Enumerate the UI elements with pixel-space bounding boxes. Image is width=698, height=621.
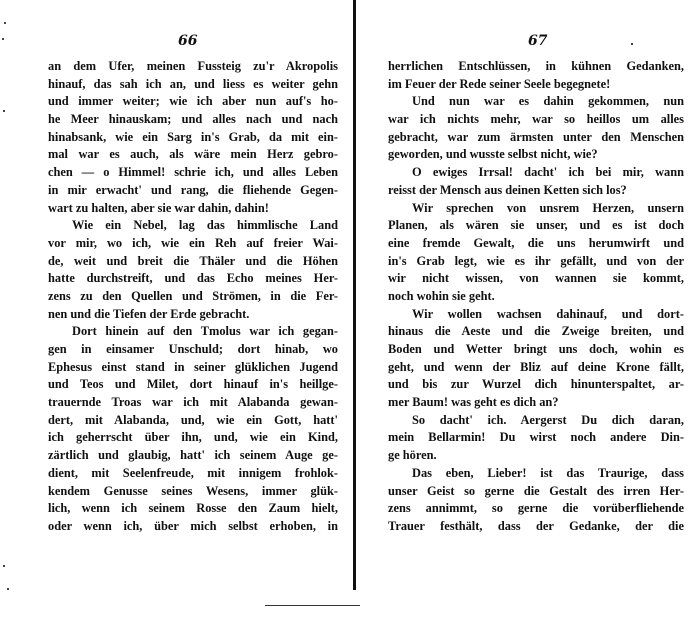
text-line: O ewiges Irrsal! dacht' ich bei mir, wan…	[388, 164, 684, 182]
text-line: Wir wollen wachsen dahinauf, und dort-	[388, 306, 684, 324]
text-line: in mir erwacht' und rang, die fliehende …	[48, 182, 338, 200]
text-line: he Meer hinauskam; und alles nach und na…	[48, 111, 338, 129]
text-line: in's Grab legt, wie es ihr gefällt, und …	[388, 253, 684, 271]
text-line: gebracht, war zum ärmsten unter den Mens…	[388, 129, 684, 147]
text-line: an dem Ufer, meinen Fussteig zu'r Akropo…	[48, 58, 338, 76]
scan-speck	[3, 565, 5, 567]
text-line: nen und die Tiefen der Erde gebracht.	[48, 306, 338, 324]
text-line: Boden und Wetter bringt uns doch, wohin …	[388, 341, 684, 359]
text-line: ich geherrscht über ihn, und, wie ein Ki…	[48, 429, 338, 447]
text-line: hinabsank, wie ein Sarg in's Grab, da mi…	[48, 129, 338, 147]
text-line: oder wenn ich, über mich selbst erhoben,…	[48, 518, 338, 536]
text-line: und bis zur Wurzel dich hinunterspaltet,…	[388, 376, 684, 394]
text-line: ge hören.	[388, 447, 684, 465]
text-line: hinauf, das sah ich an, und liess es wei…	[48, 76, 338, 94]
text-line: gen in einsamer Unschuld; dort hinab, wo	[48, 341, 338, 359]
text-line: mal war es auch, als wäre mein Herz gebr…	[48, 146, 338, 164]
text-line: mein Bellarmin! Du wirst noch andere Din…	[388, 429, 684, 447]
text-line: wir nicht wissen, von wannen sie kommt,	[388, 270, 684, 288]
text-line: noch wohin sie geht.	[388, 288, 684, 306]
text-line: hatte durchstreift, und das Echo meines …	[48, 270, 338, 288]
right-page: 67 herrlichen Entschlüssen, in kühnen Ge…	[356, 0, 698, 621]
text-line: geworden, und wusste selbst nicht, wie?	[388, 146, 684, 164]
text-line: trauernde Troas war ich mit Alabanda gew…	[48, 394, 338, 412]
text-line: und immer weiter; wie ich aber nun auf's…	[48, 93, 338, 111]
text-line: Wir sprechen von unsrem Herzen, unsern	[388, 200, 684, 218]
text-line: de, weit und breit die Thäler und die Hö…	[48, 253, 338, 271]
text-line: Und nun war es dahin gekommen, nun	[388, 93, 684, 111]
scan-speck	[2, 38, 4, 40]
text-line: mer Baum! was geht es dich an?	[388, 394, 684, 412]
text-line: Wie ein Nebel, lag das himmlische Land	[48, 217, 338, 235]
book-spread: 66 an dem Ufer, meinen Fussteig zu'r Akr…	[0, 0, 698, 621]
text-line: im Feuer der Rede seiner Seele begegnete…	[388, 76, 684, 94]
text-line: reisst der Mensch aus deinen Ketten sich…	[388, 182, 684, 200]
text-line: geht, und wenn der Bliz auf deine Krone …	[388, 359, 684, 377]
text-line: lich, wenn ich seinem Rosse den Zaum hie…	[48, 500, 338, 518]
text-line: hinaus die Aeste und die Zweige breiten,…	[388, 323, 684, 341]
text-line: So dacht' ich. Aergerst Du dich daran,	[388, 412, 684, 430]
scan-speck	[3, 110, 5, 112]
text-line: Dort hinein auf den Tmolus war ich gegan…	[48, 323, 338, 341]
scan-speck	[4, 22, 6, 24]
text-line: kendem Genusse seines Wesens, immer glük…	[48, 483, 338, 501]
bottom-edge-rule	[265, 605, 360, 606]
text-line: Das eben, Lieber! ist das Traurige, dass	[388, 465, 684, 483]
text-line: eine fremde Gewalt, die uns herumwirft u…	[388, 235, 684, 253]
scan-speck	[631, 43, 633, 45]
text-line: zens zu den Quellen und Strömen, in die …	[48, 288, 338, 306]
text-line: Planen, als wären sie unser, und es ist …	[388, 217, 684, 235]
right-page-body: herrlichen Entschlüssen, in kühnen Gedan…	[388, 58, 684, 536]
page-number-right: 67	[528, 33, 547, 49]
page-number-left: 66	[178, 33, 197, 49]
text-line: zens annimmt, so gerne die vorüberfliehe…	[388, 500, 684, 518]
text-line: unser Geist so gerne die Gestalt des irr…	[388, 483, 684, 501]
scan-speck	[7, 588, 9, 590]
text-line: und Teos und Milet, dort hinauf in's hei…	[48, 376, 338, 394]
text-line: herrlichen Entschlüssen, in kühnen Gedan…	[388, 58, 684, 76]
text-line: Trauer festhält, dass der Gedanke, der d…	[388, 518, 684, 536]
left-page: 66 an dem Ufer, meinen Fussteig zu'r Akr…	[0, 0, 352, 621]
left-page-body: an dem Ufer, meinen Fussteig zu'r Akropo…	[48, 58, 338, 536]
text-line: dient, mit Seelenfreude, mit innigem fro…	[48, 465, 338, 483]
text-line: chen — o Himmel! schrie ich, und alles L…	[48, 164, 338, 182]
text-line: zärtlich und glaubig, hatt' ich seinem A…	[48, 447, 338, 465]
text-line: Ephesus einst stand in seiner glüklichen…	[48, 359, 338, 377]
text-line: war ich nichts mehr, war so heillos um a…	[388, 111, 684, 129]
text-line: vor mir, wo ich, wie ein Reh auf freier …	[48, 235, 338, 253]
text-line: wart zu halten, aber sie war dahin, dahi…	[48, 200, 338, 218]
text-line: dert, mit Alabanda, und, wie ein Gott, h…	[48, 412, 338, 430]
